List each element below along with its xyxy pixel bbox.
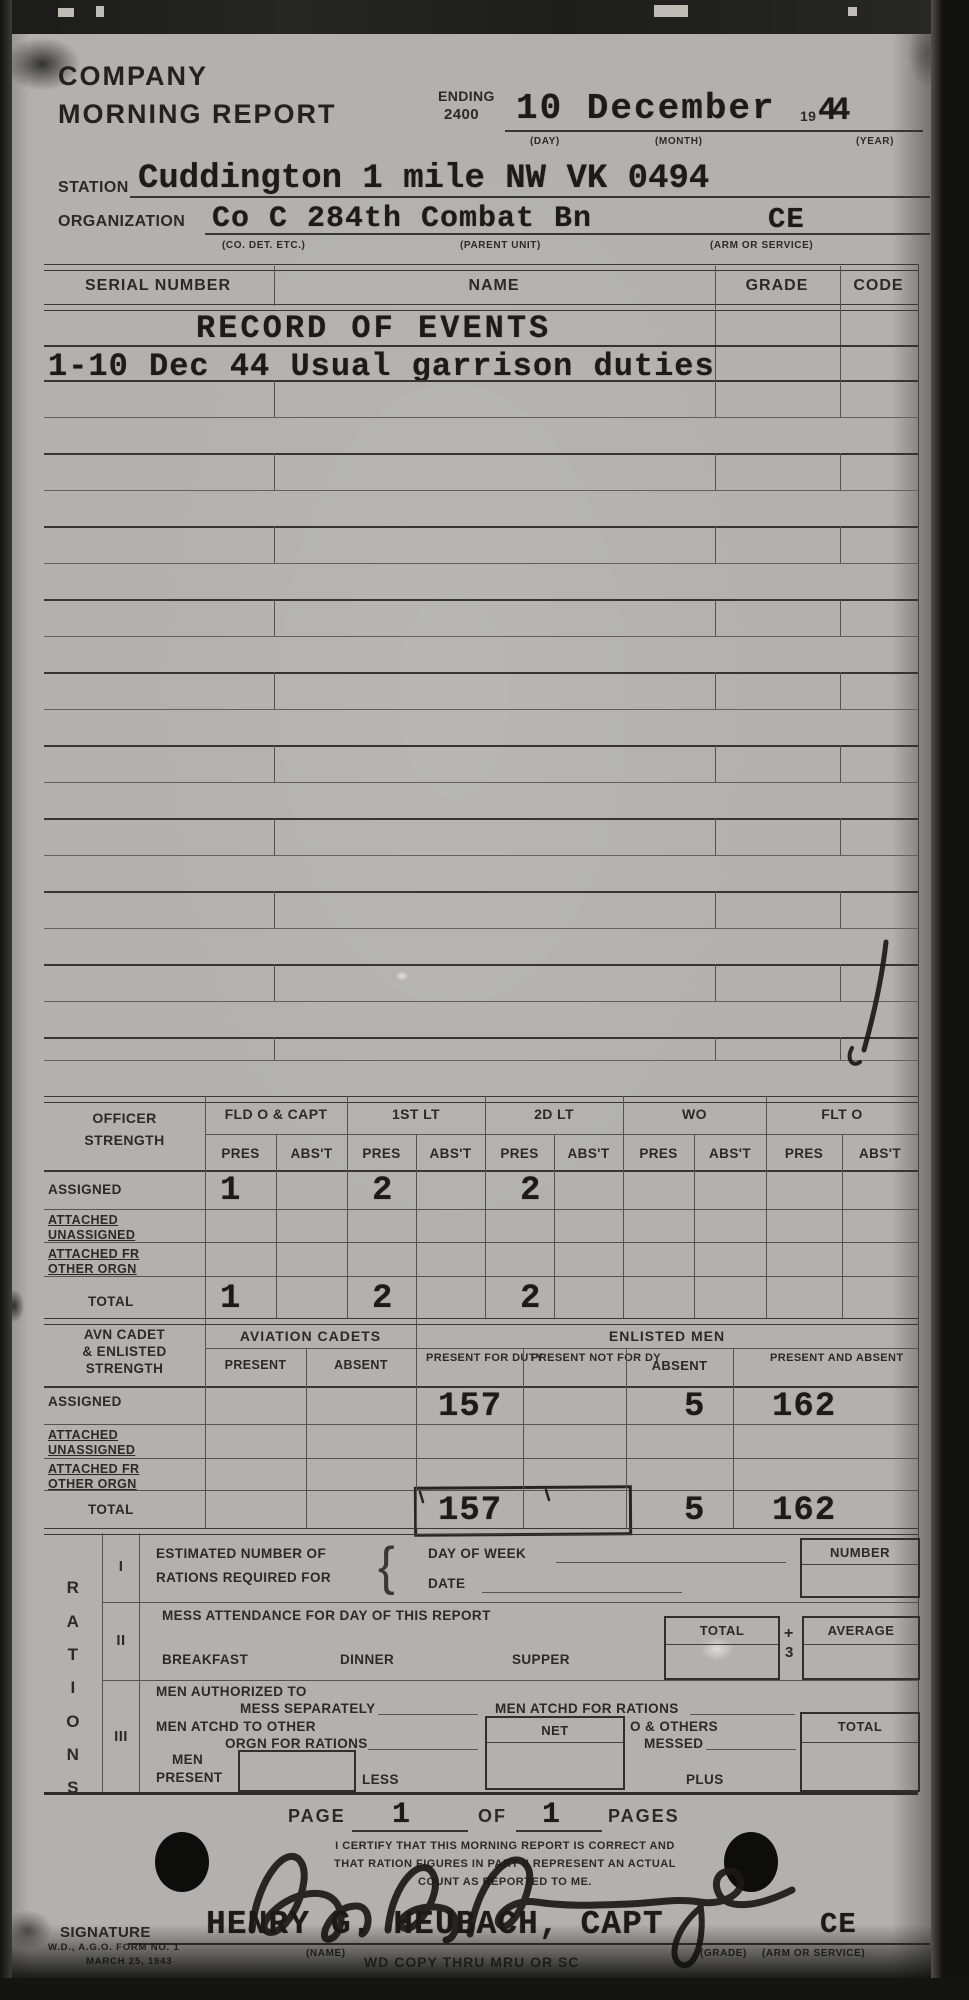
rations-letter: I xyxy=(62,1678,84,1698)
divider-line xyxy=(554,1134,555,1318)
rule xyxy=(44,345,918,347)
rule xyxy=(44,1792,918,1795)
officer-group-1st-lt: 1ST LT xyxy=(347,1106,485,1123)
brace-glyph: { xyxy=(378,1535,395,1598)
date-label: DATE xyxy=(428,1576,465,1592)
blank-entry-row xyxy=(44,380,918,455)
abst-header: ABS'T xyxy=(554,1146,623,1162)
number-box: NUMBER xyxy=(800,1538,920,1598)
rule xyxy=(44,1096,918,1103)
net-box-label: NET xyxy=(487,1723,623,1738)
officer-assigned-2dlt-pres: 2 xyxy=(520,1172,541,1210)
divider-line xyxy=(842,1134,843,1318)
rule xyxy=(205,1348,918,1349)
present-not-for-dy-header: PRESENT NOT FOR DY xyxy=(531,1352,618,1365)
abst-header: ABS'T xyxy=(842,1146,918,1162)
day-sublabel: (DAY) xyxy=(530,136,560,148)
enlisted-total-absent: 5 xyxy=(684,1492,705,1530)
enlisted-title-2: & ENLISTED xyxy=(44,1344,205,1360)
present-for-duty-header: PRESENT FOR DUTY xyxy=(426,1352,513,1365)
pres-header: PRES xyxy=(766,1146,842,1162)
year-sublabel: (YEAR) xyxy=(856,136,894,148)
cadets-present-header: PRESENT xyxy=(205,1358,306,1373)
enlisted-assigned-label: ASSIGNED xyxy=(48,1394,122,1410)
men-atchd-other-label: MEN ATCHD TO OTHER xyxy=(156,1719,316,1735)
col-header-code: CODE xyxy=(839,276,918,295)
rations-numeral-2: II xyxy=(104,1632,138,1650)
blank-entry-row xyxy=(44,599,918,674)
report-date-value: 10 December xyxy=(516,88,776,129)
rule xyxy=(44,1276,918,1277)
less-label: LESS xyxy=(362,1772,399,1788)
blank-entry-row xyxy=(44,891,918,966)
divider-line xyxy=(205,1096,206,1318)
divider-line xyxy=(102,1533,103,1792)
divider-line xyxy=(416,1318,417,1528)
abst-header: ABS'T xyxy=(276,1146,347,1162)
co-det-sublabel: (CO. DET. ETC.) xyxy=(222,240,305,252)
present-label: PRESENT xyxy=(156,1770,223,1786)
col-header-serial: SERIAL NUMBER xyxy=(60,276,256,295)
report-year-value: 44 xyxy=(818,92,844,129)
day-of-week-label: DAY OF WEEK xyxy=(428,1546,526,1562)
pres-header: PRES xyxy=(485,1146,554,1162)
year-prefix: 19 xyxy=(800,108,816,125)
blank-entry-row xyxy=(44,964,918,1039)
certify-line-1: I CERTIFY THAT THIS MORNING REPORT IS CO… xyxy=(298,1840,712,1853)
abst-header: ABS'T xyxy=(694,1146,766,1162)
record-of-events-title: RECORD OF EVENTS xyxy=(196,310,551,347)
officer-attached-fr-label2: OTHER ORGN xyxy=(48,1262,137,1277)
rule xyxy=(44,1458,918,1459)
page-number: 1 xyxy=(392,1798,411,1832)
officer-assigned-label: ASSIGNED xyxy=(48,1182,122,1198)
breakfast-label: BREAKFAST xyxy=(162,1652,248,1668)
divider-line xyxy=(733,1348,734,1528)
officer-total-2dlt-pres: 2 xyxy=(520,1280,541,1318)
blank-entry-row xyxy=(44,1037,918,1096)
pres-header: PRES xyxy=(347,1146,416,1162)
men-atchd-for-rations-label: MEN ATCHD FOR RATIONS xyxy=(495,1701,679,1717)
divider-line xyxy=(623,1096,624,1318)
rations-letter: R xyxy=(62,1578,84,1598)
fill-line xyxy=(368,1749,478,1750)
mess-total-box: TOTAL xyxy=(664,1616,780,1680)
rations-estimated-line2: RATIONS REQUIRED FOR xyxy=(156,1570,331,1586)
divider-line xyxy=(766,1096,767,1318)
blank-entry-row xyxy=(44,526,918,601)
divider-line xyxy=(274,266,275,306)
officer-assigned-1stlt-pres: 2 xyxy=(372,1172,393,1210)
blank-entry-row xyxy=(44,818,918,893)
blank-entry-row xyxy=(44,672,918,747)
enlisted-attached-unassigned-label: ATTACHED xyxy=(48,1428,118,1443)
arm-service-sublabel: (ARM OR SERVICE) xyxy=(710,240,813,252)
scanned-morning-report: COMPANY MORNING REPORT ENDING 2400 10 De… xyxy=(0,0,969,2000)
rule xyxy=(44,1318,918,1325)
ending-label: ENDING xyxy=(438,88,495,105)
film-border-right xyxy=(931,0,969,2000)
officer-total-fldo-pres: 1 xyxy=(220,1280,241,1318)
rations-letter: O xyxy=(62,1712,84,1732)
certify-line-2: THAT RATION FIGURES IN PART II REPRESENT… xyxy=(298,1858,712,1871)
messed-label: MESSED xyxy=(644,1736,703,1752)
enlisted-assigned-present-and-absent: 162 xyxy=(772,1388,836,1426)
organization-underline xyxy=(205,233,930,235)
officer-strength-title-1: OFFICER xyxy=(44,1110,205,1127)
rations-estimated-line1: ESTIMATED NUMBER OF xyxy=(156,1546,326,1562)
officer-attached-fr-label: ATTACHED FR xyxy=(48,1247,139,1262)
station-value: Cuddington 1 mile NW VK 0494 xyxy=(138,160,709,198)
rule xyxy=(44,1242,918,1243)
certify-line-3: COUNT AS REPORTED TO ME. xyxy=(298,1876,712,1889)
mess-total-box-label: TOTAL xyxy=(666,1623,778,1638)
station-label: STATION xyxy=(58,178,129,197)
rule xyxy=(102,1680,918,1681)
divider-line xyxy=(347,1096,348,1318)
officer-strength-title-2: STRENGTH xyxy=(44,1132,205,1149)
number-box-label: NUMBER xyxy=(802,1545,918,1560)
divide-three: 3 xyxy=(785,1644,794,1662)
rule xyxy=(102,1602,918,1603)
divider-line xyxy=(276,1134,277,1318)
film-border-bottom xyxy=(0,1978,969,2000)
officer-group-2d-lt: 2D LT xyxy=(485,1106,623,1123)
officer-assigned-fldo-pres: 1 xyxy=(220,1172,241,1210)
col-header-name: NAME xyxy=(394,276,594,295)
cadets-absent-header: ABSENT xyxy=(306,1358,416,1373)
film-notch xyxy=(96,6,104,17)
rule xyxy=(44,1424,918,1425)
enlisted-assigned-absent: 5 xyxy=(684,1388,705,1426)
pages-number: 1 xyxy=(542,1798,561,1832)
aviation-cadets-group: AVIATION CADETS xyxy=(205,1328,416,1345)
enlisted-attached-fr-label: ATTACHED FR xyxy=(48,1462,139,1477)
absent-header: ABSENT xyxy=(626,1358,733,1374)
divide-plus-glyph: + xyxy=(784,1624,794,1643)
organization-value: Co C 284th Combat Bn xyxy=(212,202,592,236)
blank-entry-row xyxy=(44,745,918,820)
rule xyxy=(44,264,918,271)
officer-group-wo: WO xyxy=(623,1106,766,1123)
pres-header: PRES xyxy=(205,1146,276,1162)
film-notch xyxy=(58,8,74,17)
divider-line xyxy=(694,1134,695,1318)
fill-line xyxy=(378,1714,478,1715)
rule xyxy=(44,1528,918,1535)
enlisted-assigned-present-for-duty: 157 xyxy=(438,1388,502,1426)
blank-entry-row xyxy=(44,453,918,528)
rations-total-box: TOTAL xyxy=(800,1712,920,1792)
abst-header: ABS'T xyxy=(416,1146,485,1162)
ending-time: 2400 xyxy=(444,106,479,124)
film-border-left xyxy=(0,0,12,2000)
divider-line xyxy=(485,1096,486,1318)
divider-line xyxy=(626,1348,627,1528)
rations-letter: T xyxy=(62,1645,84,1665)
divider-line xyxy=(715,266,716,380)
film-notch xyxy=(848,7,857,16)
men-label: MEN xyxy=(172,1752,203,1768)
rations-letter: S xyxy=(62,1778,84,1798)
form-title-line2: MORNING REPORT xyxy=(58,98,337,130)
rations-letter: N xyxy=(62,1745,84,1765)
rations-numeral-1: I xyxy=(104,1558,138,1576)
officer-total-label: TOTAL xyxy=(88,1294,134,1310)
rations-letter: A xyxy=(62,1612,84,1632)
punch-hole-right xyxy=(724,1832,778,1892)
punch-hole-left xyxy=(155,1832,209,1892)
net-box: NET xyxy=(485,1716,625,1790)
plus-label: PLUS xyxy=(686,1772,724,1788)
fill-line xyxy=(690,1714,795,1715)
divider-line xyxy=(840,266,841,380)
rule xyxy=(205,1134,918,1135)
enlisted-title-3: STRENGTH xyxy=(44,1361,205,1377)
fill-line xyxy=(516,1830,602,1832)
rule xyxy=(44,1170,918,1172)
fill-line xyxy=(706,1749,796,1750)
supper-label: SUPPER xyxy=(512,1652,570,1668)
officer-group-flt-o: FLT O xyxy=(766,1106,918,1123)
present-and-absent-header: PRESENT AND ABSENT xyxy=(770,1352,880,1365)
officer-total-1stlt-pres: 2 xyxy=(372,1280,393,1318)
average-box-label: AVERAGE xyxy=(804,1623,918,1638)
dinner-label: DINNER xyxy=(340,1652,394,1668)
enlisted-total-label: TOTAL xyxy=(88,1502,134,1518)
organization-label: ORGANIZATION xyxy=(58,212,185,231)
month-sublabel: (MONTH) xyxy=(655,136,703,148)
arm-of-service-value: CE xyxy=(768,203,805,236)
rations-total-box-label: TOTAL xyxy=(802,1719,918,1734)
divider-line xyxy=(139,1533,140,1792)
divider-line xyxy=(523,1348,524,1528)
col-header-grade: GRADE xyxy=(727,276,827,295)
enlisted-attached-unassigned-label2: UNASSIGNED xyxy=(48,1443,135,1458)
date-underline xyxy=(505,130,923,132)
officer-attached-unassigned-label2: UNASSIGNED xyxy=(48,1228,135,1243)
film-notch xyxy=(654,5,688,17)
page-label: PAGE xyxy=(288,1806,346,1828)
mess-separately-label: MESS SEPARATELY xyxy=(240,1701,376,1717)
o-and-others-label: O & OTHERS xyxy=(630,1719,718,1735)
divider-line xyxy=(416,1134,417,1318)
pages-label: PAGES xyxy=(608,1806,680,1828)
divider-line xyxy=(205,1318,206,1528)
of-label: OF xyxy=(478,1806,507,1828)
enlisted-total-present-and-absent: 162 xyxy=(772,1492,836,1530)
film-border-top xyxy=(0,0,969,34)
mess-attendance-title: MESS ATTENDANCE FOR DAY OF THIS REPORT xyxy=(162,1608,491,1624)
parent-unit-sublabel: (PARENT UNIT) xyxy=(460,240,541,252)
station-underline xyxy=(130,196,930,198)
fill-line xyxy=(482,1592,682,1593)
men-authorized-label: MEN AUTHORIZED TO xyxy=(156,1684,307,1700)
officer-attached-unassigned-label: ATTACHED xyxy=(48,1213,118,1228)
enlisted-title-1: AVN CADET xyxy=(44,1327,205,1343)
pres-header: PRES xyxy=(623,1146,694,1162)
divider-line xyxy=(306,1348,307,1528)
fill-line xyxy=(352,1830,468,1832)
rule xyxy=(44,1209,918,1210)
form-title-line1: COMPANY xyxy=(58,60,208,92)
rations-numeral-3: III xyxy=(104,1728,138,1746)
enlisted-men-group: ENLISTED MEN xyxy=(416,1328,918,1345)
fill-line xyxy=(556,1562,786,1563)
officer-group-fldo-capt: FLD O & CAPT xyxy=(205,1106,347,1123)
average-box: AVERAGE xyxy=(802,1616,920,1680)
men-present-box xyxy=(238,1750,356,1792)
